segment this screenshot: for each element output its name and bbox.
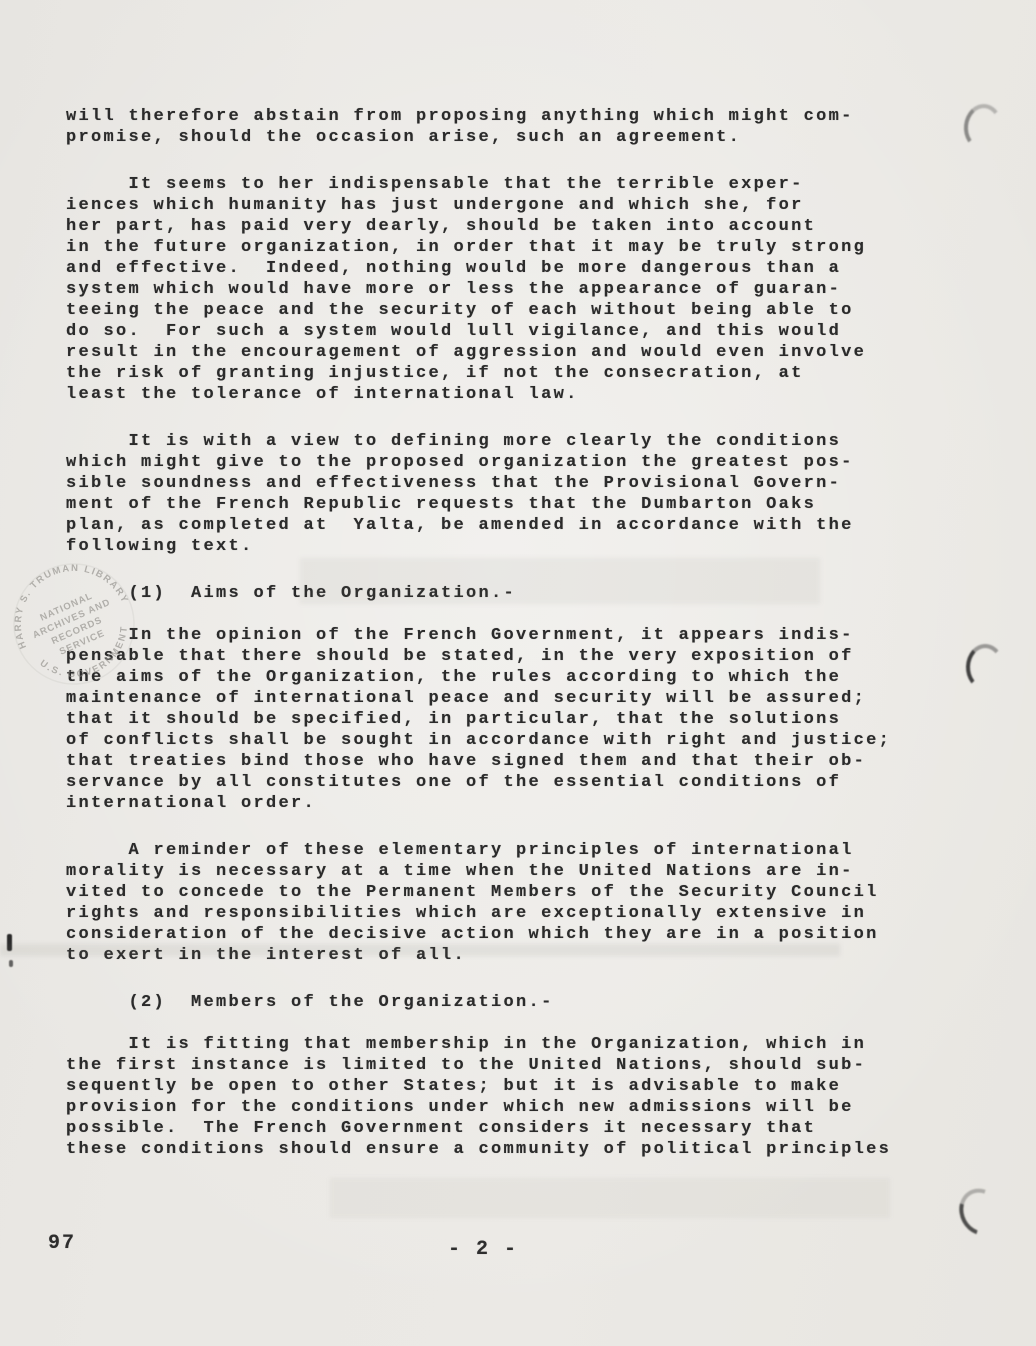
stray-ink-dot	[9, 960, 13, 967]
bleed-through-smudge	[0, 944, 840, 956]
bleed-through-smudge	[330, 1178, 890, 1218]
binder-hole-mark-middle	[965, 643, 1005, 690]
heading-members-of-organization: (2) Members of the Organization.-	[66, 992, 926, 1013]
page-number-center: - 2 -	[448, 1238, 518, 1261]
paragraph-continuation: will therefore abstain from proposing an…	[66, 106, 926, 148]
document-page: will therefore abstain from proposing an…	[0, 0, 1036, 1346]
paragraph-membership: It is fitting that membership in the Org…	[66, 1034, 926, 1160]
bleed-through-smudge	[300, 558, 820, 604]
paragraph-aims-opinion: In the opinion of the French Government,…	[66, 625, 926, 814]
binder-hole-mark-bottom	[951, 1181, 1011, 1243]
paragraph-request-amendment: It is with a view to defining more clear…	[66, 431, 926, 557]
paragraph-experiences: It seems to her indispensable that the t…	[66, 174, 926, 405]
binder-hole-mark-top	[962, 102, 1005, 152]
document-body: will therefore abstain from proposing an…	[66, 106, 926, 1186]
page-number-left: 97	[48, 1232, 76, 1255]
